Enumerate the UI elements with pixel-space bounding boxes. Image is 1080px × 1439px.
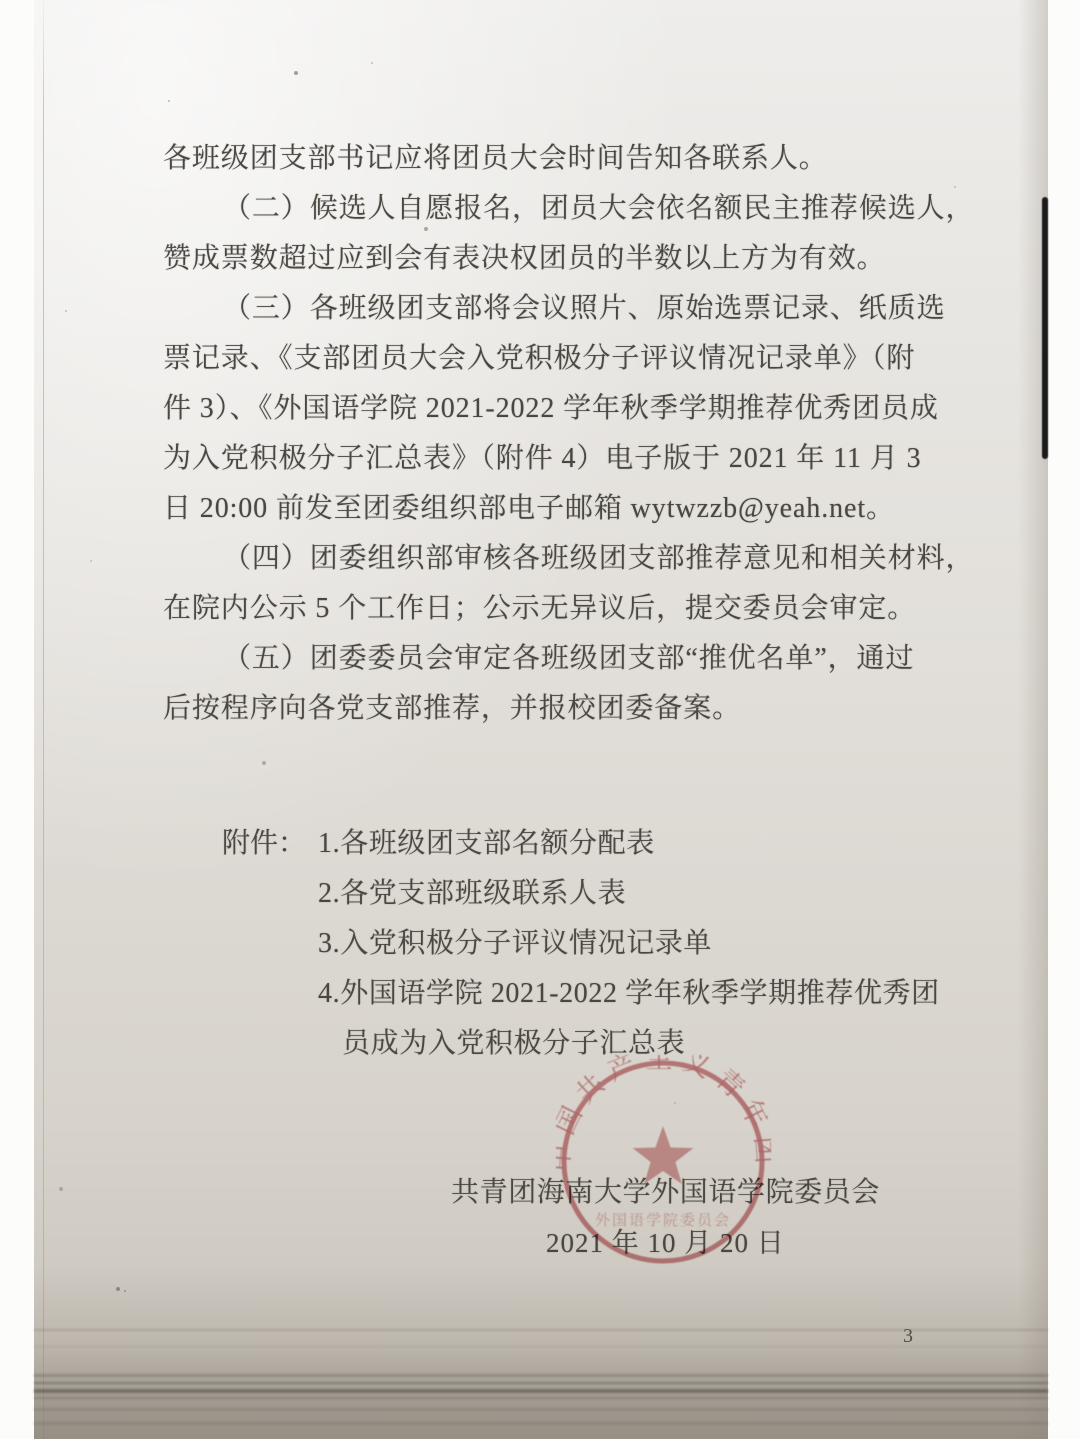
document-text-line: （二）候选人自愿报名，团员大会依名额民主推荐候选人， (163, 184, 933, 234)
document-text-line: 各班级团支部书记应将团员大会时间告知各联系人。 (163, 134, 933, 184)
document-text-line: （四）团委组织部审核各班级团支部推荐意见和相关材料， (163, 534, 933, 584)
paper-speckles (34, 0, 36, 2)
scanned-page-photo: 各班级团支部书记应将团员大会时间告知各联系人。（二）候选人自愿报名，团员大会依名… (0, 0, 1080, 1439)
document-text-line: 后按程序向各党支部推荐，并报校团委备案。 (163, 684, 933, 734)
document-text-line: 日 20:00 前发至团委组织部电子邮箱 wytwzzb@yeah.net。 (163, 484, 933, 534)
document-text-line: （五）团委委员会审定各班级团支部“推优名单”，通过 (163, 634, 933, 684)
attachment-item-line: 3.入党积极分子评议情况记录单 (318, 919, 940, 969)
attachment-item-line: 2.各党支部班级联系人表 (318, 869, 940, 919)
attachments-label: 附件： (222, 819, 306, 869)
right-edge-dark-mark (1042, 197, 1048, 459)
seal-inner-text: 外国语学院委员会 (595, 1212, 731, 1229)
document-text-line: 赞成票数超过应到会有表决权团员的半数以上方为有效。 (163, 234, 933, 284)
bottom-edge-shadow (34, 1352, 1048, 1439)
official-red-seal: 中国共产主义青年团 外国语学院委员会 (556, 1055, 771, 1270)
page-stack-edge-line (34, 1346, 1048, 1347)
page-stack-edge-line (34, 1329, 1048, 1331)
document-text-line: 为入党积极分子汇总表》（附件 4）电子版于 2021 年 11 月 3 (163, 434, 933, 484)
document-text-line: 在院内公示 5 个工作日；公示无异议后，提交委员会审定。 (163, 584, 933, 634)
seal-star-icon (633, 1126, 694, 1184)
attachment-item-line: 4.外国语学院 2021-2022 学年秋季学期推荐优秀团 (318, 969, 940, 1019)
attachment-list: 1.各班级团支部名额分配表2.各党支部班级联系人表3.入党积极分子评议情况记录单… (318, 819, 940, 1069)
document-text-line: 票记录、《支部团员大会入党积极分子评议情况记录单》（附 (163, 334, 933, 384)
paper-page: 各班级团支部书记应将团员大会时间告知各联系人。（二）候选人自愿报名，团员大会依名… (34, 0, 1048, 1439)
attachment-item-line: 1.各班级团支部名额分配表 (318, 819, 940, 869)
paper-crease-line (43, 0, 44, 1439)
attachments-section: 附件： 1.各班级团支部名额分配表2.各党支部班级联系人表3.入党积极分子评议情… (222, 819, 940, 1069)
document-body: 各班级团支部书记应将团员大会时间告知各联系人。（二）候选人自愿报名，团员大会依名… (163, 134, 933, 734)
document-text-line: 件 3）、《外国语学院 2021-2022 学年秋季学期推荐优秀团员成 (163, 384, 933, 434)
document-text-line: （三）各班级团支部将会议照片、原始选票记录、纸质选 (163, 284, 933, 334)
